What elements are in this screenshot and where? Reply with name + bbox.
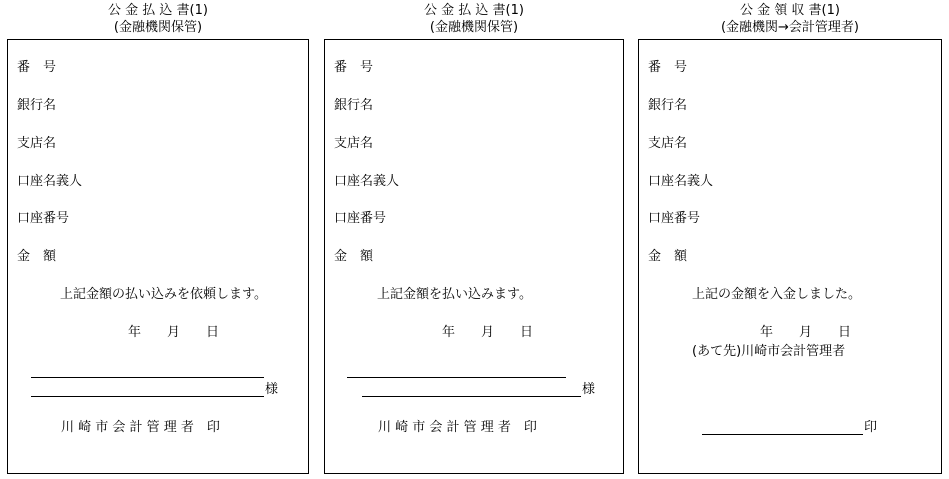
treasurer-seal-line: 川 崎 市 会 計 管 理 者 印 bbox=[378, 420, 537, 436]
date-line: 年 月 日 bbox=[760, 325, 851, 341]
field-number-label: 番 号 bbox=[334, 60, 373, 76]
field-account-holder-label: 口座名義人 bbox=[17, 174, 82, 190]
request-statement: 上記金額の払い込みを依頼します。 bbox=[60, 287, 267, 303]
field-number-label: 番 号 bbox=[648, 60, 687, 76]
receiver-underline bbox=[702, 434, 863, 435]
form-1-header: 公 金 払 込 書(1) (金融機関保管) bbox=[7, 2, 309, 36]
field-bank-name-label: 銀行名 bbox=[334, 98, 373, 114]
date-line: 年 月 日 bbox=[442, 325, 533, 341]
field-bank-name-label: 銀行名 bbox=[648, 98, 687, 114]
name-underline-1 bbox=[31, 377, 264, 378]
form-2-header: 公 金 払 込 書(1) (金融機関保管) bbox=[324, 2, 624, 36]
field-amount-label: 金 額 bbox=[648, 249, 687, 265]
field-branch-name-label: 支店名 bbox=[17, 136, 56, 152]
form-2-title: 公 金 払 込 書(1) bbox=[324, 2, 624, 19]
date-line: 年 月 日 bbox=[128, 325, 219, 341]
form-2-subtitle: (金融機関保管) bbox=[324, 19, 624, 36]
name-underline-2 bbox=[362, 396, 581, 397]
treasurer-seal-line: 川 崎 市 会 計 管 理 者 印 bbox=[61, 420, 220, 436]
field-account-holder-label: 口座名義人 bbox=[648, 174, 713, 190]
field-account-holder-label: 口座名義人 bbox=[334, 174, 399, 190]
form-3-header: 公 金 領 収 書(1) (金融機関→会計管理者) bbox=[638, 2, 942, 36]
form-1-title: 公 金 払 込 書(1) bbox=[7, 2, 309, 19]
field-number-label: 番 号 bbox=[17, 60, 56, 76]
name-underline-1 bbox=[347, 377, 566, 378]
form-3-subtitle: (金融機関→会計管理者) bbox=[638, 19, 942, 36]
payment-statement: 上記金額を払い込みます。 bbox=[377, 287, 532, 303]
field-bank-name-label: 銀行名 bbox=[17, 98, 56, 114]
addressee-line: (あて先)川崎市会計管理者 bbox=[692, 344, 845, 360]
receipt-statement: 上記の金額を入金しました。 bbox=[692, 287, 861, 303]
form-1-box: 番 号 銀行名 支店名 口座名義人 口座番号 金 額 上記金額の払い込みを依頼し… bbox=[7, 39, 309, 474]
field-amount-label: 金 額 bbox=[17, 249, 56, 265]
field-account-number-label: 口座番号 bbox=[334, 211, 386, 227]
form-1-subtitle: (金融機関保管) bbox=[7, 19, 309, 36]
field-amount-label: 金 額 bbox=[334, 249, 373, 265]
field-account-number-label: 口座番号 bbox=[17, 211, 69, 227]
form-2-box: 番 号 銀行名 支店名 口座名義人 口座番号 金 額 上記金額を払い込みます。 … bbox=[324, 39, 624, 474]
form-3-box: 番 号 銀行名 支店名 口座名義人 口座番号 金 額 上記の金額を入金しました。… bbox=[638, 39, 942, 474]
seal-mark: 印 bbox=[864, 420, 877, 436]
form-3-title: 公 金 領 収 書(1) bbox=[638, 2, 942, 19]
field-branch-name-label: 支店名 bbox=[648, 136, 687, 152]
honorific-sama: 様 bbox=[265, 382, 278, 398]
name-underline-2 bbox=[31, 396, 264, 397]
field-branch-name-label: 支店名 bbox=[334, 136, 373, 152]
honorific-sama: 様 bbox=[582, 382, 595, 398]
field-account-number-label: 口座番号 bbox=[648, 211, 700, 227]
